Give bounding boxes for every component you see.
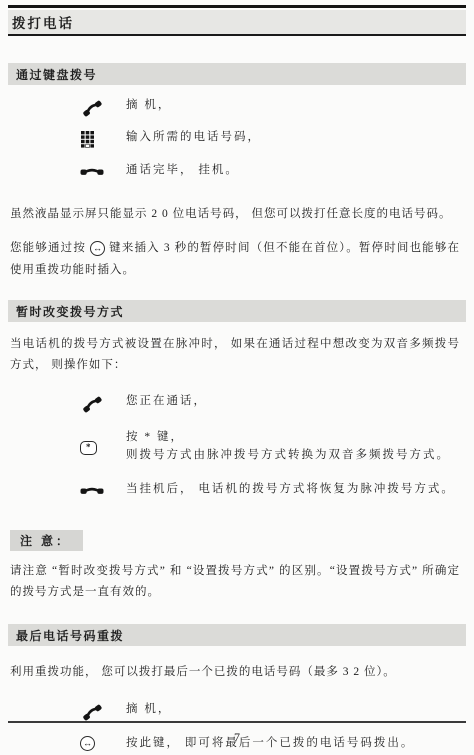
temp-change-steps: 您正在通话， * 按 * 键， 则拨号方式由脉冲拨号方式转换为双音多频拨号方式。 (0, 393, 474, 501)
note-label: 注 意： (10, 530, 83, 551)
page-footer: 7 (8, 721, 466, 746)
phone-onhook-icon (80, 163, 106, 177)
page-number: 7 (234, 730, 240, 745)
step-in-call: 您正在通话， (80, 393, 460, 413)
step-offhook: 摘 机， (80, 97, 460, 117)
phone-offhook-icon (80, 98, 106, 117)
section-header-temp-change: 暂时改变拨号方式 (8, 300, 466, 322)
step-offhook: 摘 机， (80, 701, 460, 721)
section-header-redial: 最后电话号码重拨 (8, 624, 466, 646)
step-enter-number: 输入所需的电话号码， (80, 129, 460, 150)
keypad-icon (80, 130, 106, 150)
page-title: 拨打电话 (12, 12, 462, 32)
step-onhook: 通话完毕， 挂机。 (80, 162, 460, 182)
redial-key-icon: ↔ (90, 241, 105, 256)
step-text: 通话完毕， 挂机。 (126, 162, 239, 180)
phone-offhook-icon (80, 702, 106, 721)
note-block: 注 意： 请注意 “暂时改变拨号方式” 和 “设置拨号方式” 的区别。“设置拨号… (0, 513, 474, 604)
page-header: 拨打电话 (8, 10, 466, 36)
section-header-dial-by-keypad: 通过键盘拨号 (8, 63, 466, 85)
paragraph-display-limit: 虽然液晶显示屏只能显示 2 0 位电话号码， 但您可以拨打任意长度的电话号码。 (10, 204, 460, 225)
star-key-icon: * (80, 441, 106, 455)
phone-onhook-icon (80, 482, 106, 496)
phone-offhook-icon (80, 394, 106, 413)
step-text: 摘 机， (126, 97, 171, 115)
note-text: 请注意 “暂时改变拨号方式” 和 “设置拨号方式” 的区别。“设置拨号方式” 所… (10, 561, 460, 604)
paragraph-pause-insert: 您能够通过按↔键来插入 3 秒的暂停时间（但不能在首位）。暂停时间也能够在使用重… (10, 238, 460, 281)
keypad-steps: 摘 机， 输入所需的电话号码， (0, 97, 474, 182)
star-step-line2: 则拨号方式由脉冲拨号方式转换为双音多频拨号方式。 (126, 449, 450, 461)
star-step-line1: 按 * 键， (126, 431, 184, 443)
step-text: 您正在通话， (126, 393, 207, 411)
step-text: 输入所需的电话号码， (126, 129, 261, 147)
paragraph-redial-intro: 利用重拨功能， 您可以拨打最后一个已拨的电话号码（最多 3 2 位）。 (10, 662, 460, 683)
step-press-star: * 按 * 键， 则拨号方式由脉冲拨号方式转换为双音多频拨号方式。 (80, 429, 460, 465)
top-rule (8, 5, 466, 8)
step-hangup-restore: 当挂机后， 电话机的拨号方式将恢复为脉冲拨号方式。 (80, 481, 460, 501)
step-text: 按 * 键， 则拨号方式由脉冲拨号方式转换为双音多频拨号方式。 (126, 429, 450, 465)
step-text: 摘 机， (126, 701, 171, 719)
manual-page: 拨打电话 通过键盘拨号 摘 机， (0, 0, 474, 755)
pause-text-before: 您能够通过按 (10, 242, 86, 254)
step-text: 当挂机后， 电话机的拨号方式将恢复为脉冲拨号方式。 (126, 481, 455, 499)
paragraph-temp-change-intro: 当电话机的拨号方式被设置在脉冲时， 如果在通话过程中想改变为双音多频拨号方式， … (10, 334, 460, 377)
